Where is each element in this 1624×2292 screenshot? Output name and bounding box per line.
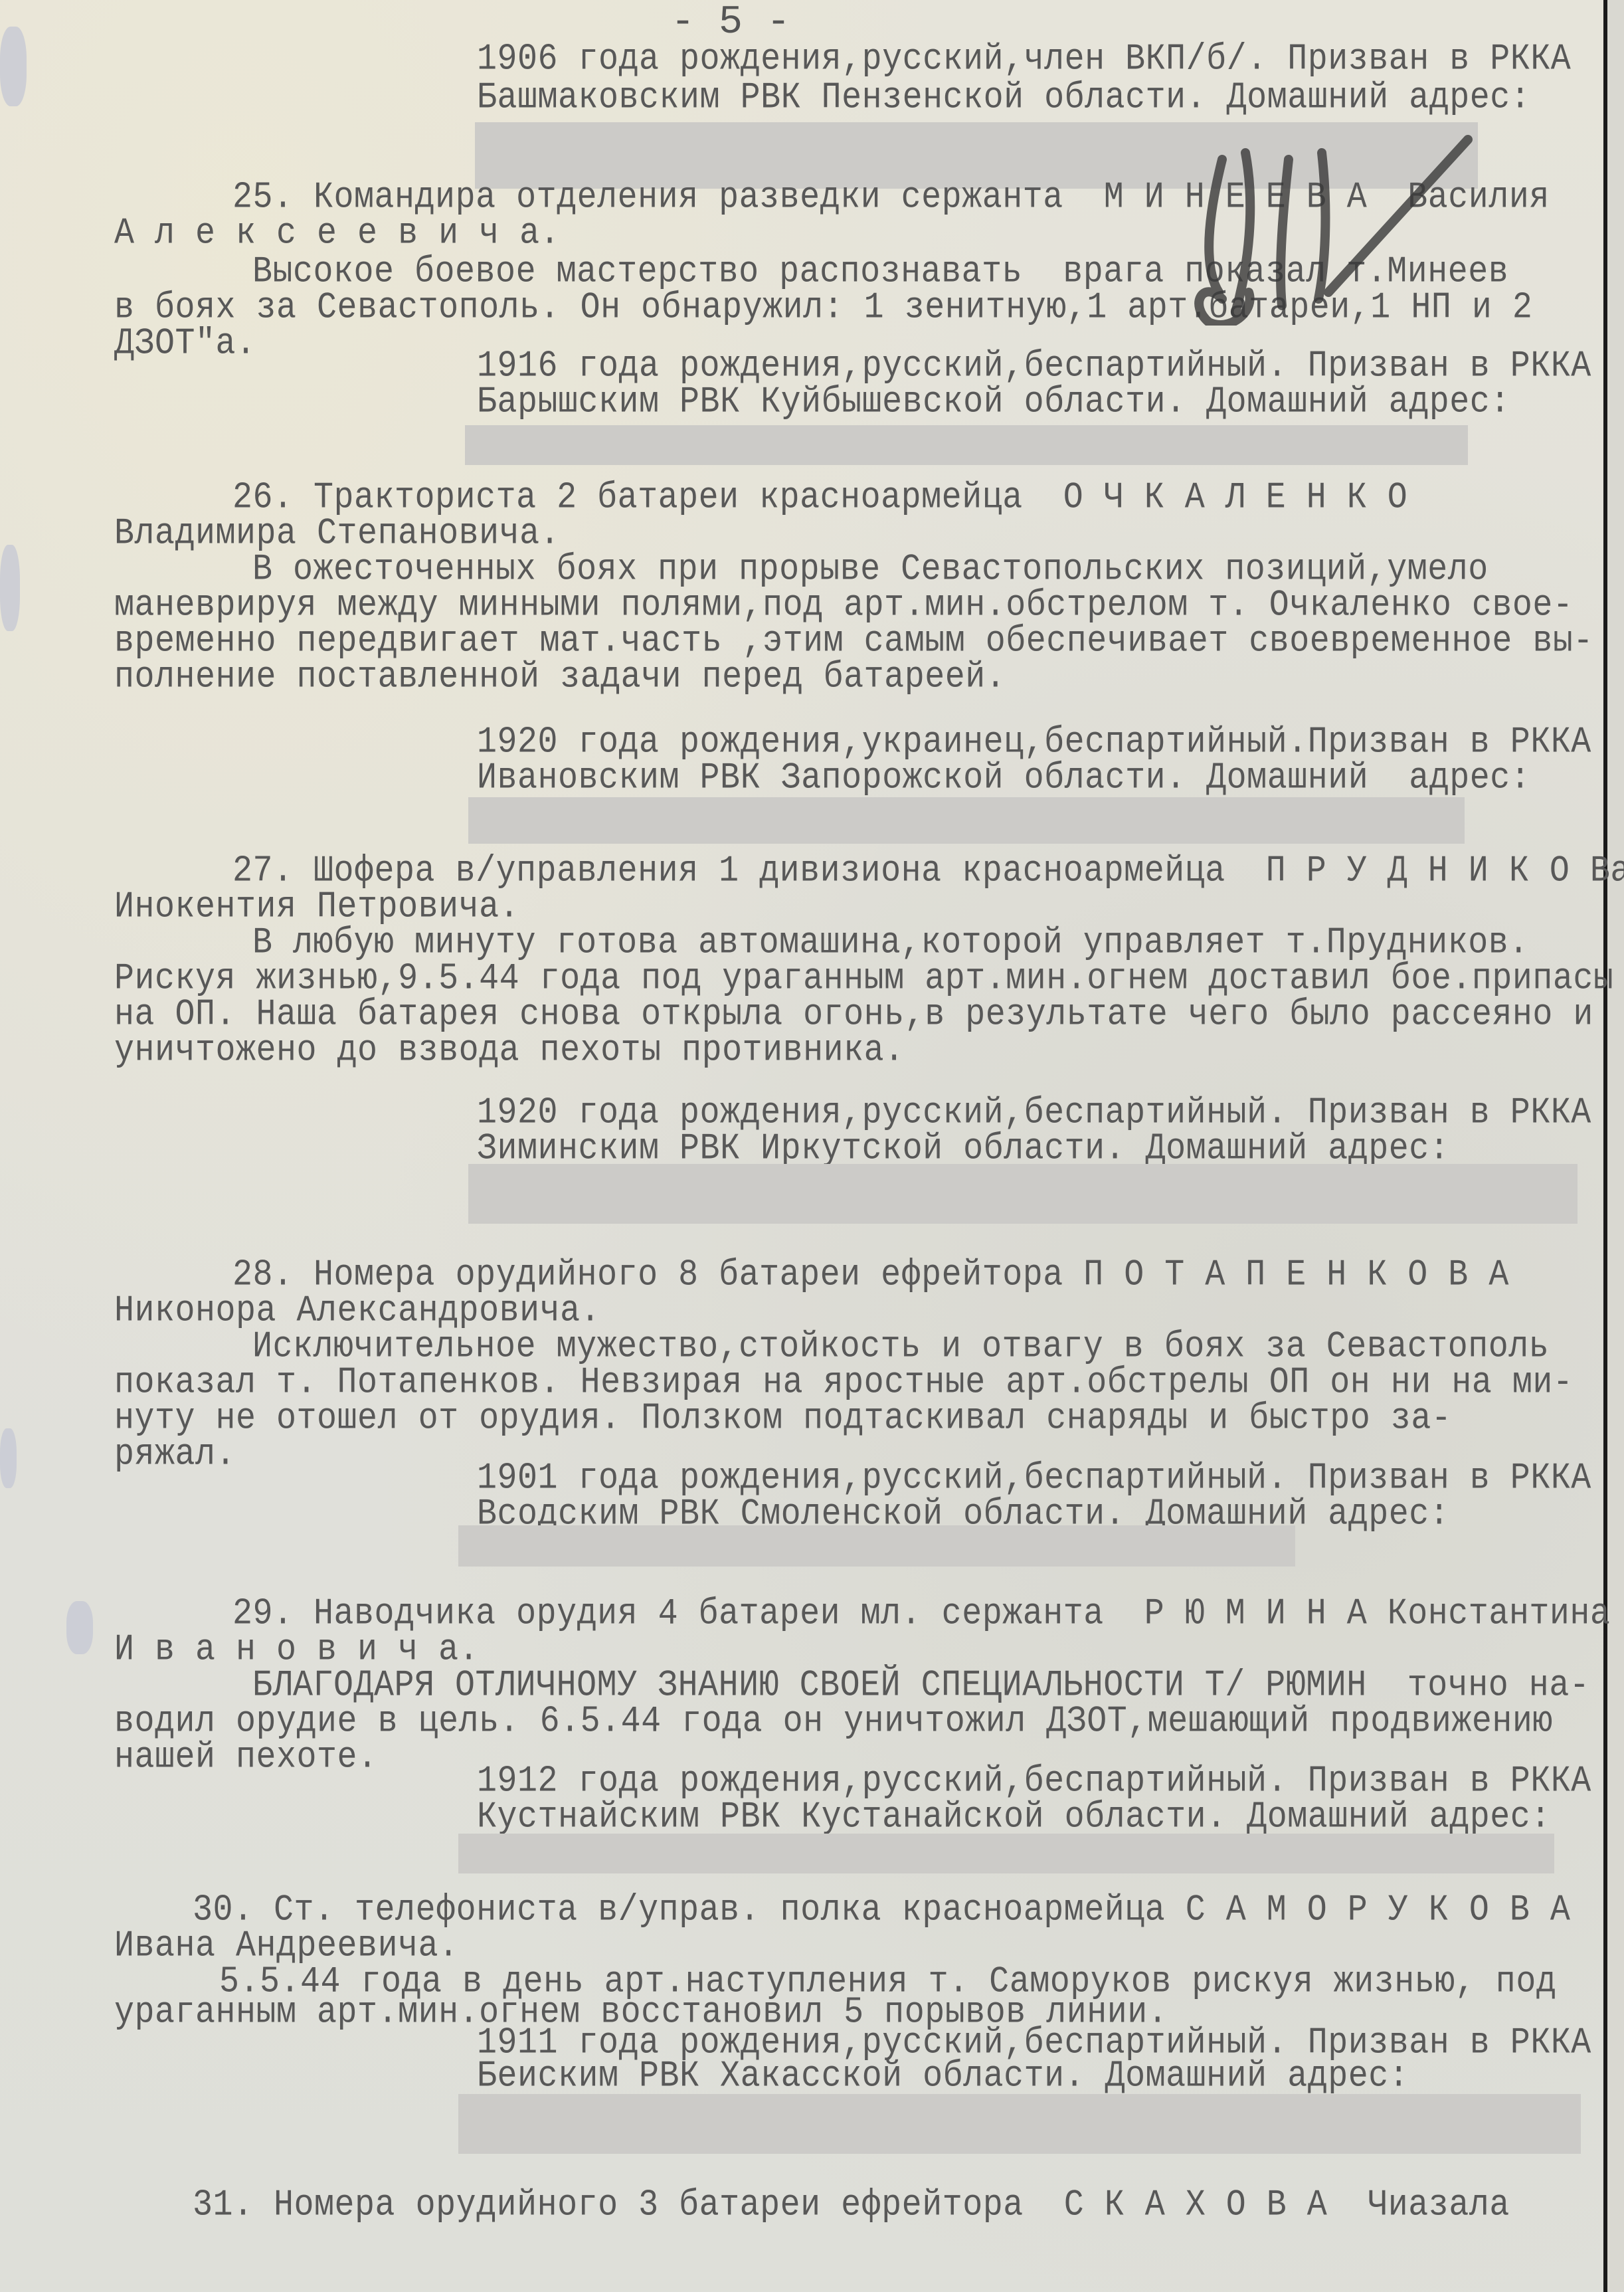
entry-heading: А л е к с е е в и ч а.: [114, 214, 560, 254]
redaction-block: [458, 1525, 1295, 1567]
entry-bio: Барышским РВК Куйбышевской области. Дома…: [477, 383, 1510, 423]
entry-bio: Кустнайским РВК Кустанайской области. До…: [477, 1798, 1551, 1838]
handwritten-signature: [1182, 133, 1501, 326]
entry-bio: Беиским РВК Хакасской области. Домашний …: [477, 2057, 1409, 2097]
document-page: - 5 - 1906 года рождения,русский,член ВК…: [0, 0, 1607, 2292]
torn-edge: [0, 545, 20, 631]
entry-bio: Ивановским РВК Запорожской области. Дома…: [477, 759, 1530, 799]
entry-body: нуту не отошел от орудия. Ползком подтас…: [114, 1399, 1451, 1439]
torn-edge: [66, 1601, 93, 1654]
continuation-line: Башмаковским РВК Пензенской области. Дом…: [477, 78, 1530, 118]
entry-body: уничтожено до взвода пехоты противника.: [114, 1031, 905, 1071]
redaction-block: [468, 797, 1465, 844]
torn-edge: [0, 27, 27, 106]
entry-heading: 31. Номера орудийного 3 батареи ефрейтор…: [193, 2186, 1510, 2226]
entry-body: ДЗОТ"а.: [114, 324, 256, 364]
redaction-block: [465, 425, 1468, 465]
redaction-block: [458, 2094, 1581, 2154]
entry-body: ряжал.: [114, 1435, 236, 1475]
entry-body: нашей пехоте.: [114, 1738, 378, 1778]
torn-edge: [0, 1428, 17, 1488]
continuation-line: 1906 года рождения,русский,член ВКП/б/. …: [477, 40, 1571, 80]
redaction-block: [458, 1834, 1554, 1873]
redaction-block: [468, 1164, 1578, 1224]
entry-body: полнение поставленной задачи перед батар…: [114, 658, 1006, 698]
